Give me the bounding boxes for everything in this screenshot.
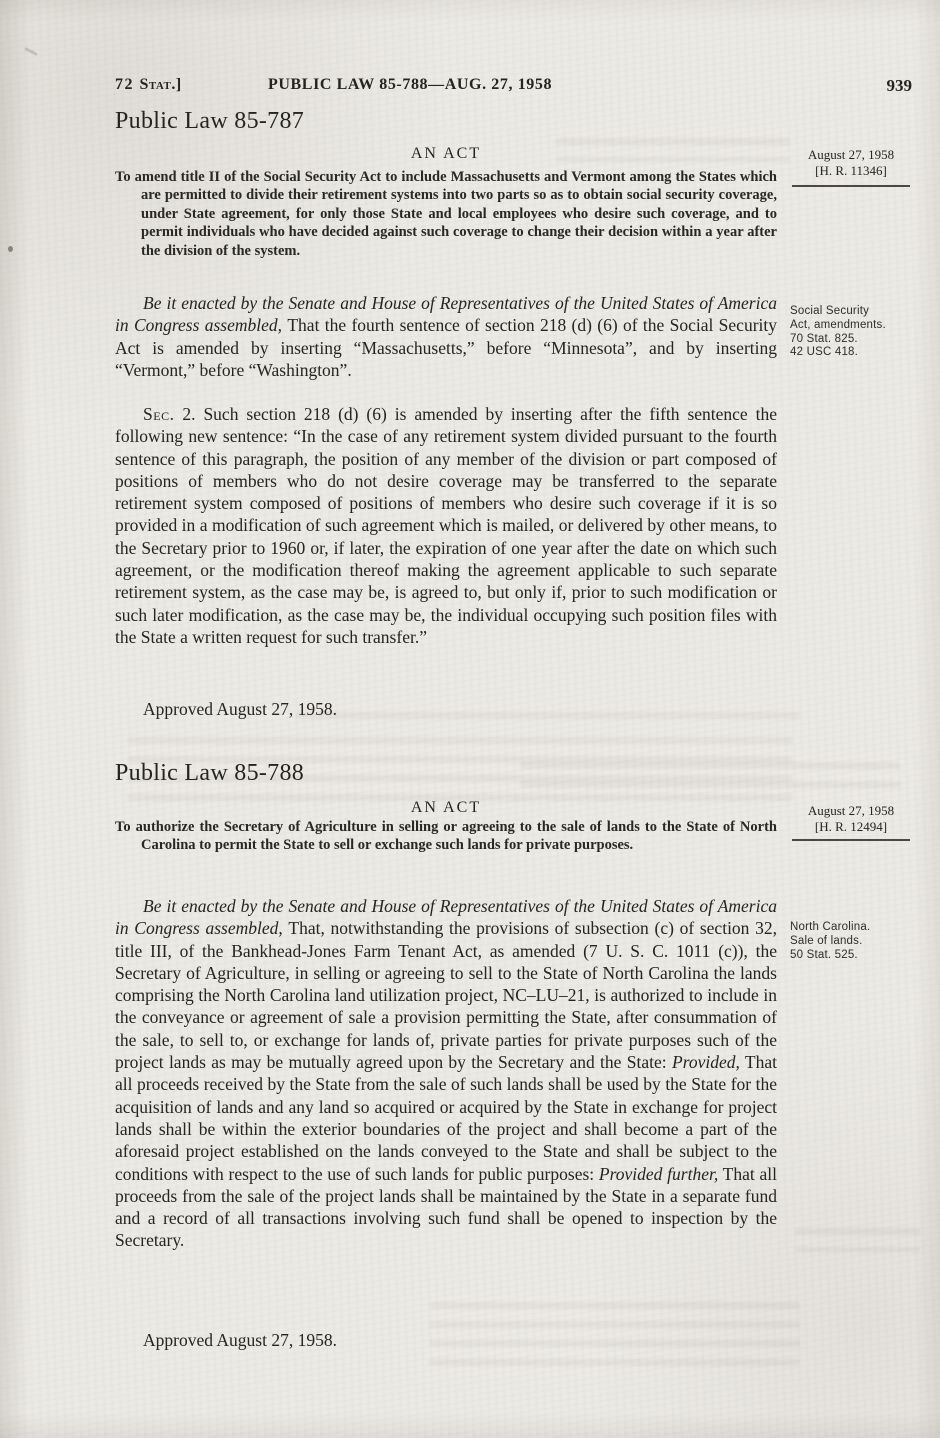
ink-speck	[8, 246, 13, 252]
law2-margin-note: North Carolina. Sale of lands. 50 Stat. …	[790, 921, 920, 962]
law2-margin-rule	[792, 839, 910, 841]
margin-note-line: Act, amendments.	[790, 319, 920, 333]
law2-an-act-heading: AN ACT	[115, 799, 777, 817]
show-through-artifact	[430, 1302, 800, 1366]
margin-note-line: Sale of lands.	[790, 935, 920, 949]
law1-margin-note: Social Security Act, amendments. 70 Stat…	[790, 305, 920, 360]
law1-title: Public Law 85-787	[115, 108, 304, 135]
header-law-caption: PUBLIC LAW 85-788—AUG. 27, 1958	[268, 76, 552, 94]
law2-date: August 27, 1958	[788, 803, 914, 819]
law1-enactment-date-note: August 27, 1958 [H. R. 11346]	[788, 147, 914, 178]
law2-approval-line: Approved August 27, 1958.	[115, 1330, 337, 1351]
margin-note-line: 50 Stat. 525.	[790, 949, 920, 963]
running-head: 72 Stat.] PUBLIC LAW 85-788—AUG. 27, 195…	[0, 76, 940, 98]
margin-note-line: 70 Stat. 825.	[790, 333, 920, 347]
show-through-artifact	[520, 762, 900, 790]
header-page-number: 939	[887, 76, 913, 96]
law1-bill-number: [H. R. 11346]	[788, 163, 914, 179]
law2-enactment-date-note: August 27, 1958 [H. R. 12494]	[788, 803, 914, 834]
margin-note-line: 42 USC 418.	[790, 346, 920, 360]
margin-note-line: Social Security	[790, 305, 920, 319]
law1-enacting-paragraph: Be it enacted by the Senate and House of…	[115, 292, 777, 381]
ink-speck	[24, 47, 38, 56]
law2-bill-number: [H. R. 12494]	[788, 819, 914, 835]
header-volume-citation: 72 Stat.]	[115, 76, 183, 94]
law1-section2-paragraph: Sec. 2. Such section 218 (d) (6) is amen…	[115, 403, 777, 648]
law1-date: August 27, 1958	[788, 147, 914, 163]
statute-page: 72 Stat.] PUBLIC LAW 85-788—AUG. 27, 195…	[0, 0, 940, 1438]
law1-an-act-heading: AN ACT	[115, 145, 777, 163]
law1-approval-line: Approved August 27, 1958.	[115, 699, 337, 720]
law2-title: Public Law 85-788	[115, 760, 304, 787]
margin-note-line: North Carolina.	[790, 921, 920, 935]
law2-enacting-paragraph: Be it enacted by the Senate and House of…	[115, 895, 777, 1252]
law1-margin-rule	[792, 185, 910, 187]
show-through-artifact	[795, 1228, 920, 1252]
law1-preamble: To amend title II of the Social Security…	[115, 168, 777, 260]
show-through-artifact	[296, 712, 800, 730]
law2-preamble: To authorize the Secretary of Agricultur…	[115, 818, 777, 855]
